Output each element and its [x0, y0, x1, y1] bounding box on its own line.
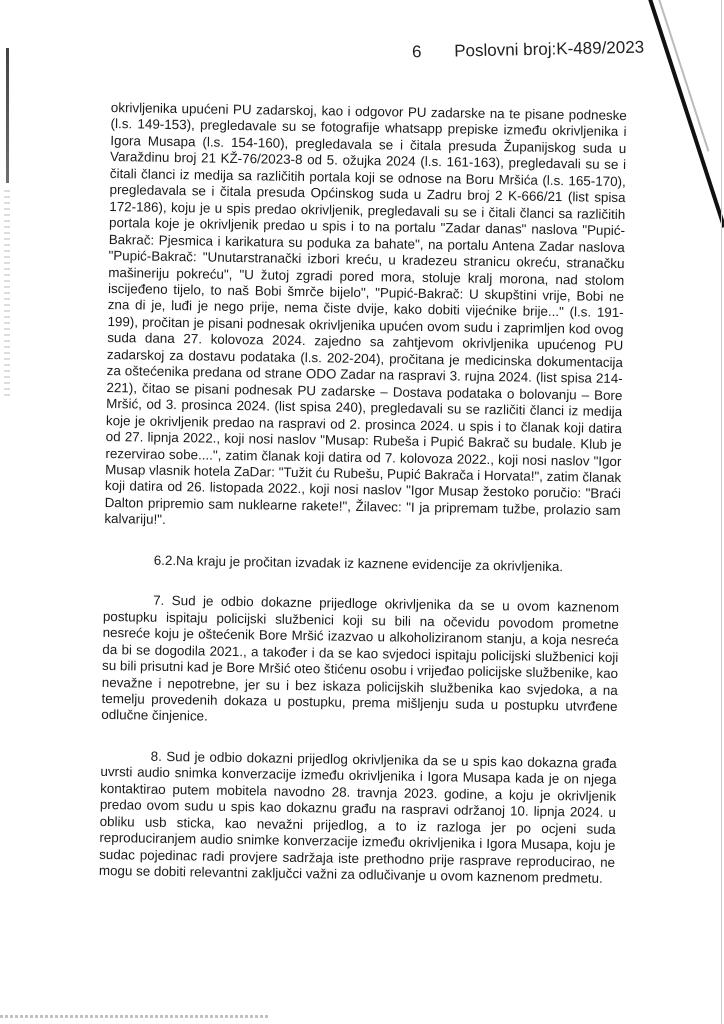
scan-artifact-left-noise	[4, 190, 10, 400]
page-header: 6 Poslovni broj:K-489/2023	[412, 38, 645, 63]
scan-artifact-left-edge	[6, 48, 9, 183]
scan-artifact-right-edge	[721, 0, 722, 1024]
document-body: okrivljenika upućeni PU zadarskoj, kao i…	[99, 100, 627, 887]
case-number: Poslovni broj:K-489/2023	[454, 38, 644, 61]
page-number: 6	[412, 42, 422, 61]
paragraph-6-1-continuation: okrivljenika upućeni PU zadarskoj, kao i…	[104, 100, 627, 536]
paragraph-8: 8. Sud je odbio dokazni prijedlog okrivl…	[99, 748, 617, 888]
scan-artifact-diagonal-line-faint	[655, 0, 709, 152]
scan-artifact-bottom-edge	[0, 1015, 270, 1018]
paragraph-7: 7. Sud je odbio dokazne prijedloge okriv…	[101, 592, 619, 732]
scan-artifact-diagonal-line	[645, 0, 724, 228]
